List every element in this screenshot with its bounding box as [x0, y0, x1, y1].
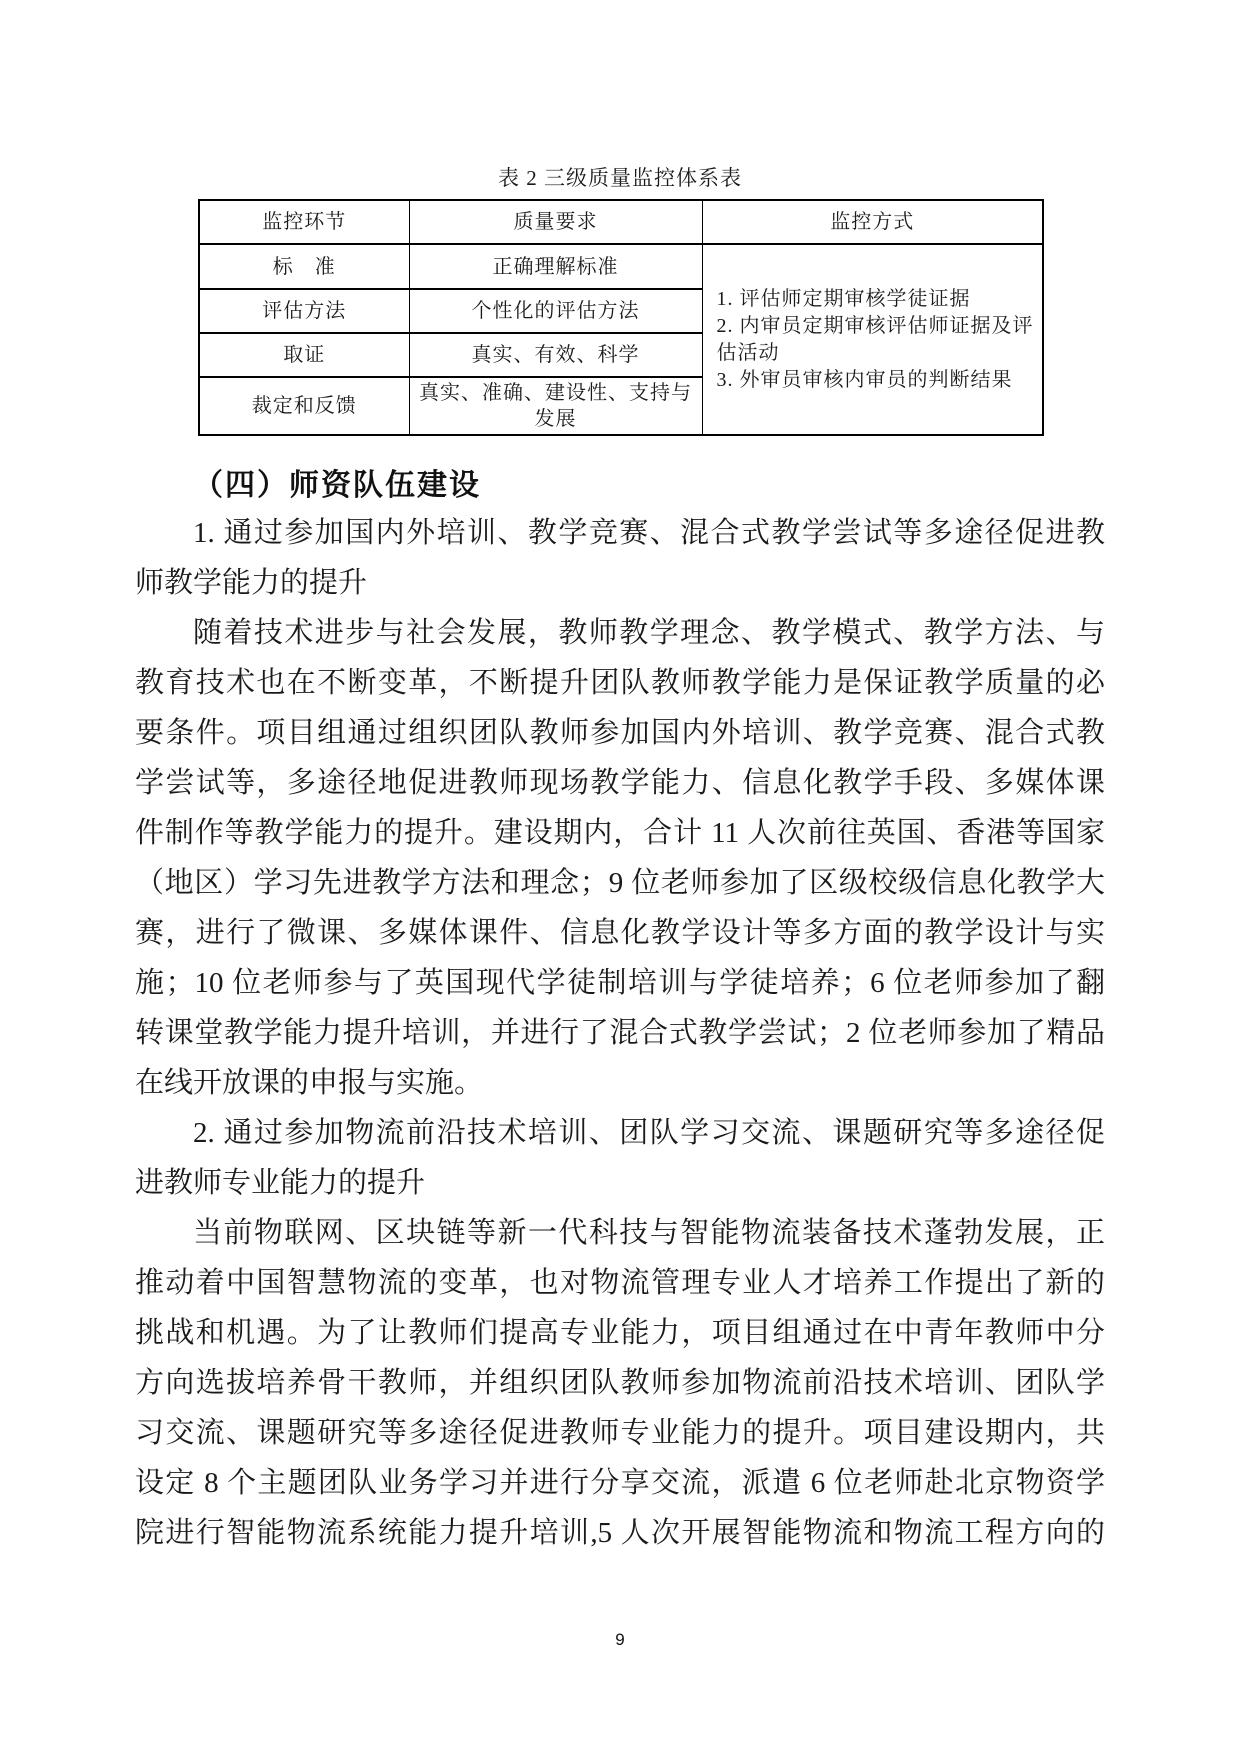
body-line: 转课堂教学能力提升培训，并进行了混合式教学尝试；2 位老师参加了精品: [135, 1008, 1105, 1058]
body-line: 方向选拔培养骨干教师，并组织团队教师参加物流前沿技术培训、团队学: [135, 1358, 1105, 1408]
body-line: 习交流、课题研究等多途径促进教师专业能力的提升。项目建设期内，共: [135, 1408, 1105, 1458]
body-line: 赛，进行了微课、多媒体课件、信息化教学设计等多方面的教学设计与实: [135, 908, 1105, 958]
page-number: 9: [0, 1628, 1240, 1652]
table-header-cell: 监控环节: [199, 200, 409, 244]
table-row: 标 准正确理解标准1. 评估师定期审核学徒证据2. 内审员定期审核评估师证据及评…: [199, 244, 1043, 289]
monitor-link-cell: 裁定和反馈: [199, 377, 409, 435]
table-caption: 表 2 三级质量监控体系表: [198, 164, 1042, 192]
body-line: 2. 通过参加物流前沿技术培训、团队学习交流、课题研究等多途径促: [135, 1108, 1105, 1158]
monitor-method-cell: 1. 评估师定期审核学徒证据2. 内审员定期审核评估师证据及评估活动3. 外审员…: [702, 244, 1043, 435]
body-line: 在线开放课的申报与实施。: [135, 1058, 1105, 1108]
body-line: 教育技术也在不断变革，不断提升团队教师教学能力是保证教学质量的必: [135, 658, 1105, 708]
body-line: 施；10 位老师参与了英国现代学徒制培训与学徒培养；6 位老师参加了翻: [135, 958, 1105, 1008]
table-header-cell: 质量要求: [409, 200, 702, 244]
body-line: 当前物联网、区块链等新一代科技与智能物流装备技术蓬勃发展，正: [135, 1208, 1105, 1258]
document-page: 表 2 三级质量监控体系表 监控环节质量要求监控方式 标 准正确理解标准1. 评…: [0, 0, 1240, 1754]
section-heading: （四）师资队伍建设: [135, 464, 1105, 508]
body-line: 进教师专业能力的提升: [135, 1158, 1105, 1208]
monitor-link-cell: 取证: [199, 333, 409, 377]
table-header-row: 监控环节质量要求监控方式: [199, 200, 1043, 244]
monitor-method-item: 1. 评估师定期审核学徒证据: [717, 286, 1037, 313]
body-line: （地区）学习先进教学方法和理念；9 位老师参加了区级校级信息化教学大: [135, 858, 1105, 908]
monitor-method-item: 3. 外审员审核内审员的判断结果: [717, 367, 1037, 394]
body-line: 院进行智能物流系统能力提升培训,5 人次开展智能物流和物流工程方向的: [135, 1508, 1105, 1558]
body-line: 1. 通过参加国内外培训、教学竞赛、混合式教学尝试等多途径促进教: [135, 508, 1105, 558]
body-line: 随着技术进步与社会发展，教师教学理念、教学模式、教学方法、与: [135, 608, 1105, 658]
quality-requirement-cell: 真实、有效、科学: [409, 333, 702, 377]
body-line: 推动着中国智慧物流的变革，也对物流管理专业人才培养工作提出了新的: [135, 1258, 1105, 1308]
monitor-link-cell: 评估方法: [199, 289, 409, 333]
body-line: 件制作等教学能力的提升。建设期内，合计 11 人次前往英国、香港等国家: [135, 808, 1105, 858]
quality-requirement-cell: 个性化的评估方法: [409, 289, 702, 333]
body-line: 挑战和机遇。为了让教师们提高专业能力，项目组通过在中青年教师中分: [135, 1308, 1105, 1358]
table-header-cell: 监控方式: [702, 200, 1043, 244]
body-line: 学尝试等，多途径地促进教师现场教学能力、信息化教学手段、多媒体课: [135, 758, 1105, 808]
quality-requirement-cell: 真实、准确、建设性、支持与发展: [409, 377, 702, 435]
body-line: 师教学能力的提升: [135, 558, 1105, 608]
body-text: 1. 通过参加国内外培训、教学竞赛、混合式教学尝试等多途径促进教师教学能力的提升…: [135, 508, 1105, 1558]
monitor-method-item: 2. 内审员定期审核评估师证据及评估活动: [717, 313, 1037, 367]
quality-monitor-table: 监控环节质量要求监控方式 标 准正确理解标准1. 评估师定期审核学徒证据2. 内…: [198, 199, 1044, 436]
body-line: 要条件。项目组通过组织团队教师参加国内外培训、教学竞赛、混合式教: [135, 708, 1105, 758]
monitor-link-cell: 标 准: [199, 244, 409, 289]
body-line: 设定 8 个主题团队业务学习并进行分享交流，派遣 6 位老师赴北京物资学: [135, 1458, 1105, 1508]
quality-requirement-cell: 正确理解标准: [409, 244, 702, 289]
